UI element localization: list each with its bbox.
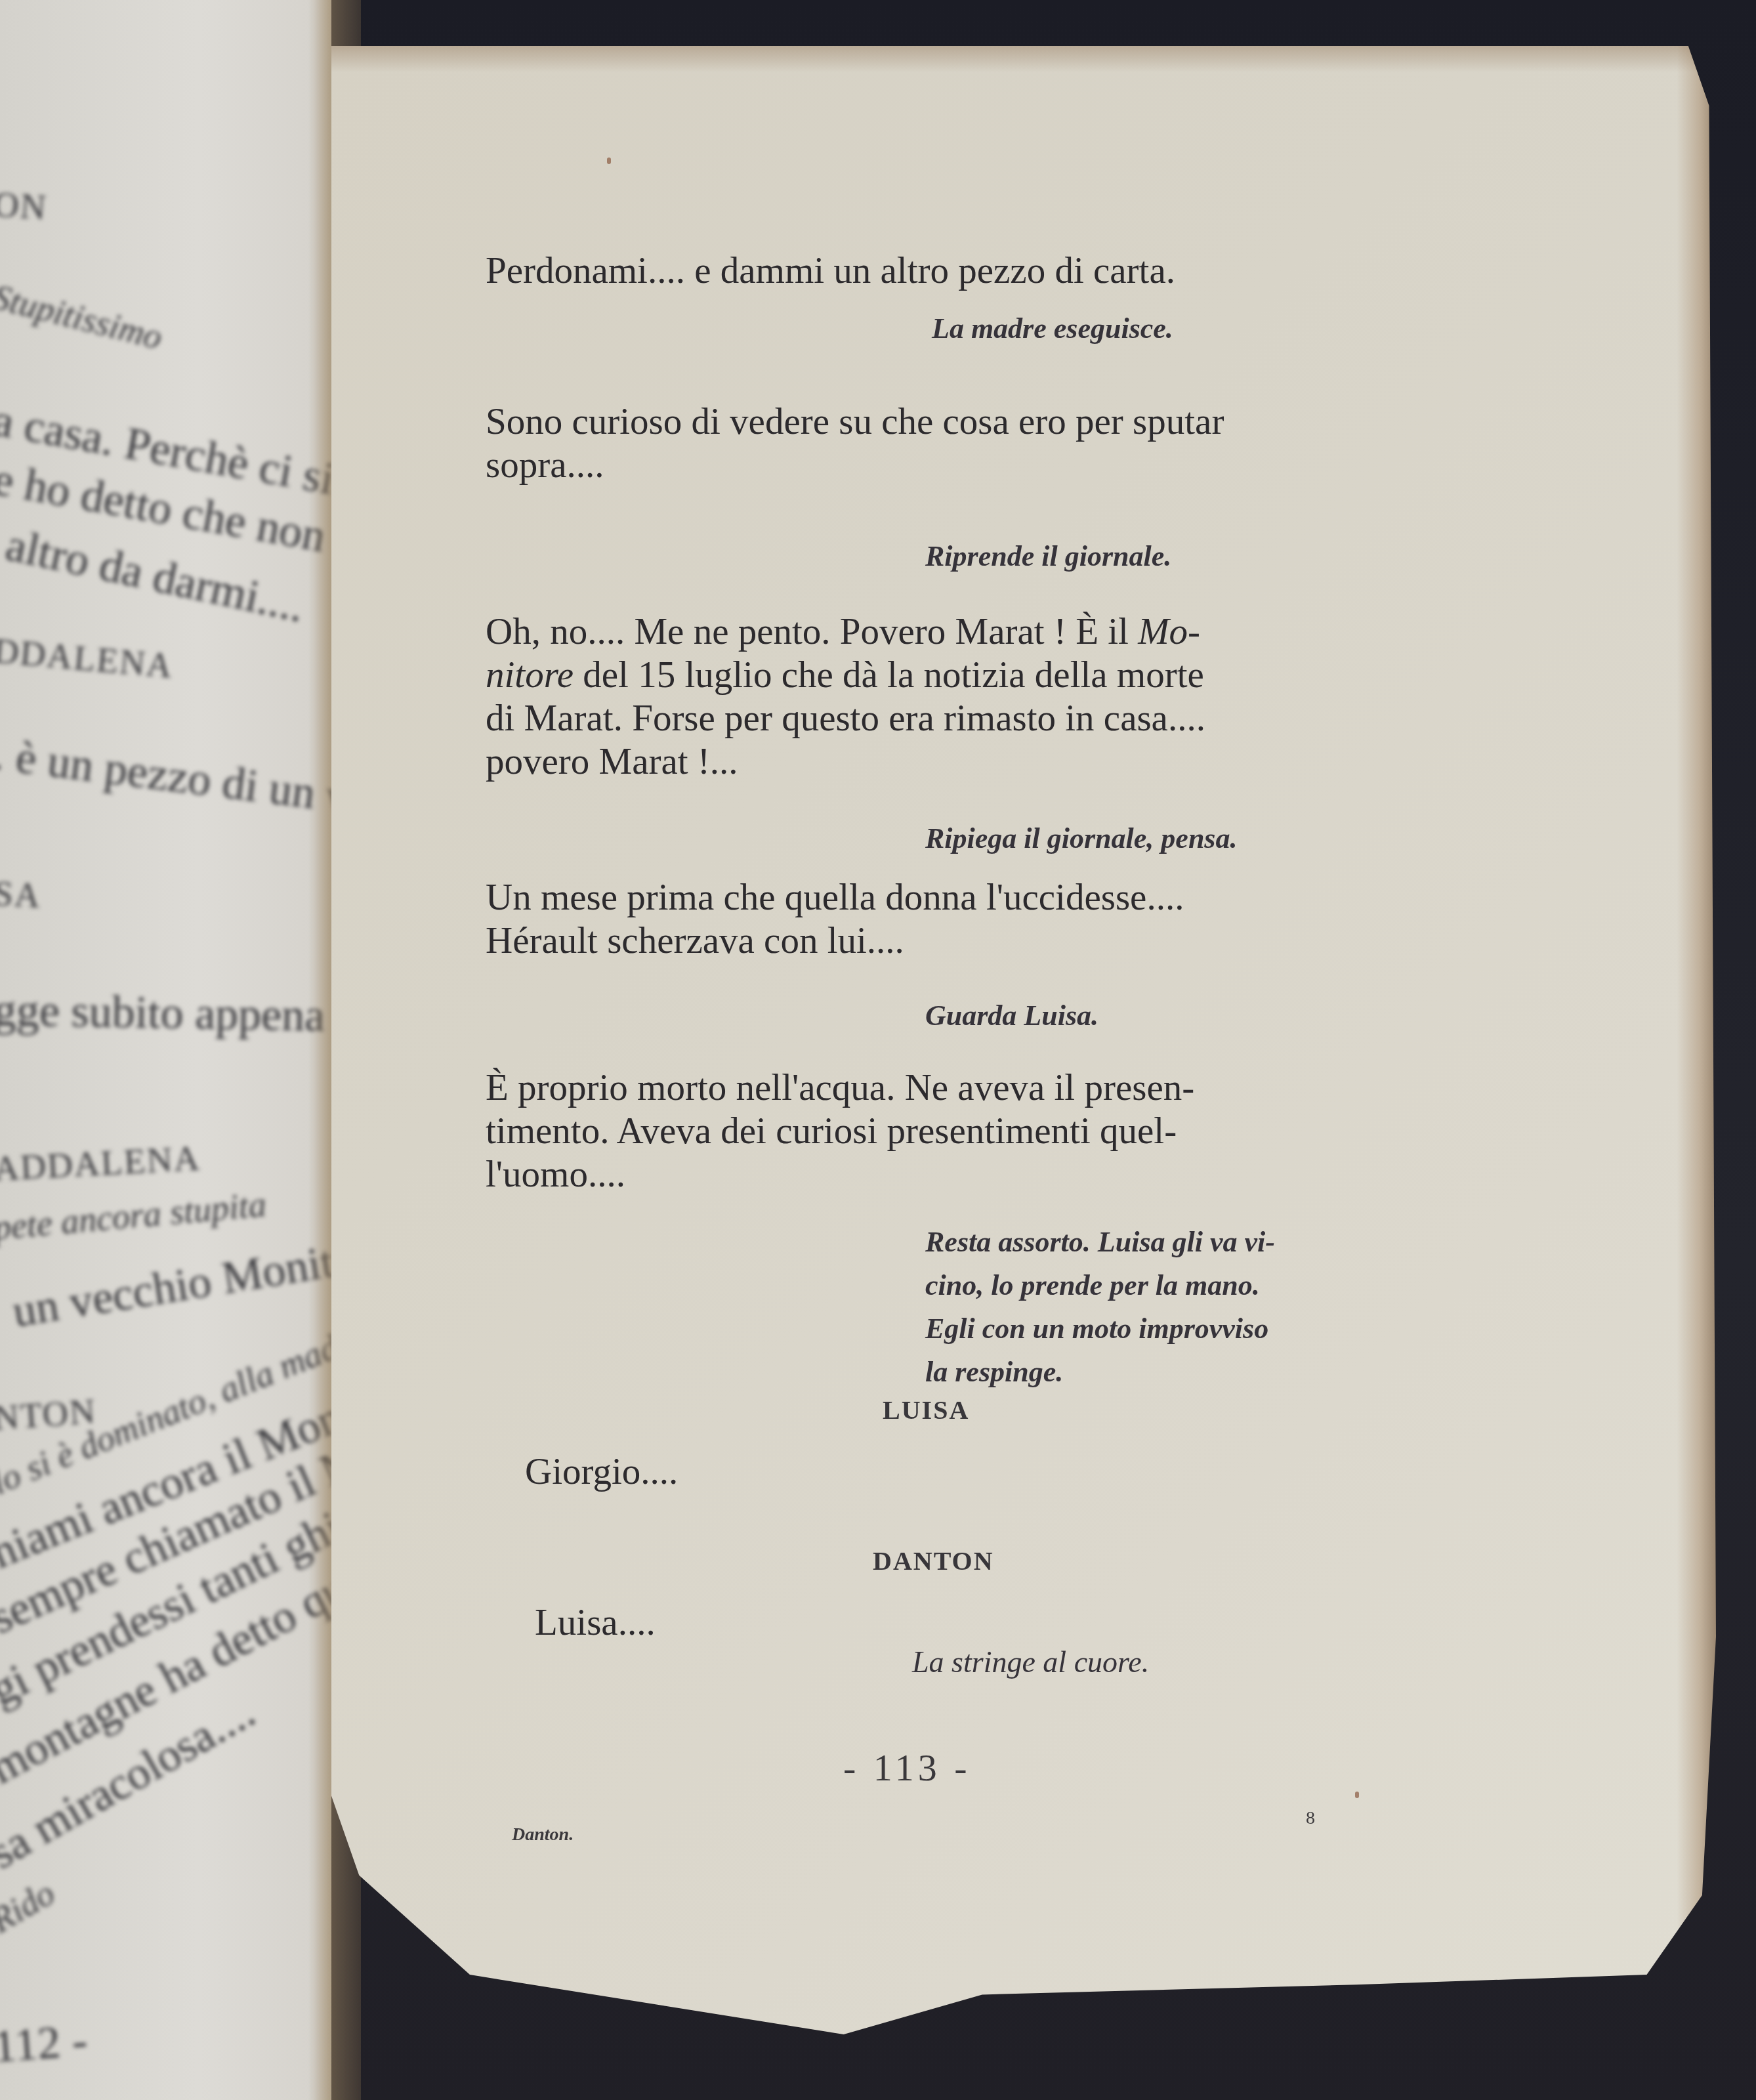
printer-signature: Danton. bbox=[512, 1824, 574, 1845]
stage-direction-block: Resta assorto. Luisa gli va vi- cino, lo… bbox=[925, 1221, 1275, 1394]
left-page-line: pete ancora stupita bbox=[0, 1184, 268, 1248]
dialogue-line: Giorgio.... bbox=[525, 1450, 678, 1494]
left-page-line: 112 - bbox=[0, 2015, 89, 2074]
dialogue-paragraph: Un mese prima che quella donna l'uccides… bbox=[486, 876, 1184, 963]
stage-direction: La madre eseguisce. bbox=[932, 307, 1173, 350]
left-page-line: ON bbox=[0, 184, 49, 228]
text-line: nitore del 15 luglio che dà la notizia d… bbox=[486, 654, 1205, 697]
text-line: Perdonami.... e dammi un altro pezzo di … bbox=[486, 249, 1175, 293]
dialogue-line: Luisa.... bbox=[535, 1601, 656, 1645]
text-line: Hérault scherzava con lui.... bbox=[486, 919, 1184, 963]
text-line: Egli con un moto improvviso bbox=[925, 1307, 1275, 1351]
text-line: la respinge. bbox=[925, 1351, 1275, 1394]
page-edge-right bbox=[1677, 46, 1716, 2034]
page-number: - 113 - bbox=[843, 1746, 971, 1790]
text-line: di Marat. Forse per questo era rimasto i… bbox=[486, 697, 1205, 740]
paper-speck bbox=[1355, 1792, 1359, 1798]
stage-direction: Riprende il giornale. bbox=[925, 535, 1171, 578]
dialogue-paragraph: È proprio morto nell'acqua. Ne aveva il … bbox=[486, 1066, 1194, 1196]
text-line: È proprio morto nell'acqua. Ne aveva il … bbox=[486, 1066, 1194, 1110]
left-page-line: SA bbox=[0, 873, 43, 916]
text-line: timento. Aveva dei curiosi presentimenti… bbox=[486, 1110, 1194, 1153]
text-line: sopra.... bbox=[486, 444, 1224, 487]
right-page: Perdonami.... e dammi un altro pezzo di … bbox=[331, 46, 1716, 2034]
text-line: Sono curioso di vedere su che cosa ero p… bbox=[486, 400, 1224, 444]
text-line: Un mese prima che quella donna l'uccides… bbox=[486, 876, 1184, 919]
text-line: Luisa.... bbox=[535, 1601, 656, 1645]
text-line: Giorgio.... bbox=[525, 1450, 678, 1494]
text-line: l'uomo.... bbox=[486, 1153, 1194, 1196]
speaker-name-danton: DANTON bbox=[873, 1545, 994, 1576]
speaker-name-luisa: LUISA bbox=[883, 1395, 969, 1425]
text-fragment: Oh, no.... Me ne pento. Povero Marat ! È… bbox=[486, 611, 1138, 652]
stage-direction: Ripiega il giornale, pensa. bbox=[925, 817, 1237, 860]
stage-direction: La stringe al cuore. bbox=[912, 1641, 1149, 1684]
signature-number: 8 bbox=[1306, 1808, 1315, 1829]
italic-title: Mo- bbox=[1138, 611, 1200, 652]
left-page-line: Rido bbox=[0, 1872, 62, 1941]
italic-title: nitore bbox=[486, 654, 574, 696]
dialogue-paragraph: Perdonami.... e dammi un altro pezzo di … bbox=[486, 249, 1175, 293]
text-fragment: del 15 luglio che dà la notizia della mo… bbox=[574, 654, 1204, 696]
left-page-line: Stupitissimo bbox=[0, 276, 167, 358]
left-page-line: gge subito appena ai bbox=[0, 984, 331, 1043]
left-page-line: . è un pezzo di un ve. bbox=[0, 728, 331, 828]
text-line: Oh, no.... Me ne pento. Povero Marat ! È… bbox=[486, 610, 1205, 654]
left-page-text: ONStupitissimoa casa. Perchè ci sie ho d… bbox=[0, 0, 331, 2100]
text-line: Resta assorto. Luisa gli va vi- bbox=[925, 1221, 1275, 1264]
text-line: povero Marat !... bbox=[486, 740, 1205, 784]
left-page: ONStupitissimoa casa. Perchè ci sie ho d… bbox=[0, 0, 331, 2100]
text-line: cino, lo prende per la mano. bbox=[925, 1264, 1275, 1307]
left-page-line: ADDALENA bbox=[0, 1138, 201, 1189]
stage-direction: Guarda Luisa. bbox=[925, 994, 1098, 1038]
page-edge-top bbox=[331, 46, 1716, 72]
dialogue-paragraph: Sono curioso di vedere su che cosa ero p… bbox=[486, 400, 1224, 487]
paper-speck bbox=[607, 157, 611, 164]
dialogue-paragraph: Oh, no.... Me ne pento. Povero Marat ! È… bbox=[486, 610, 1205, 784]
left-page-line: DDALENA bbox=[0, 630, 175, 686]
